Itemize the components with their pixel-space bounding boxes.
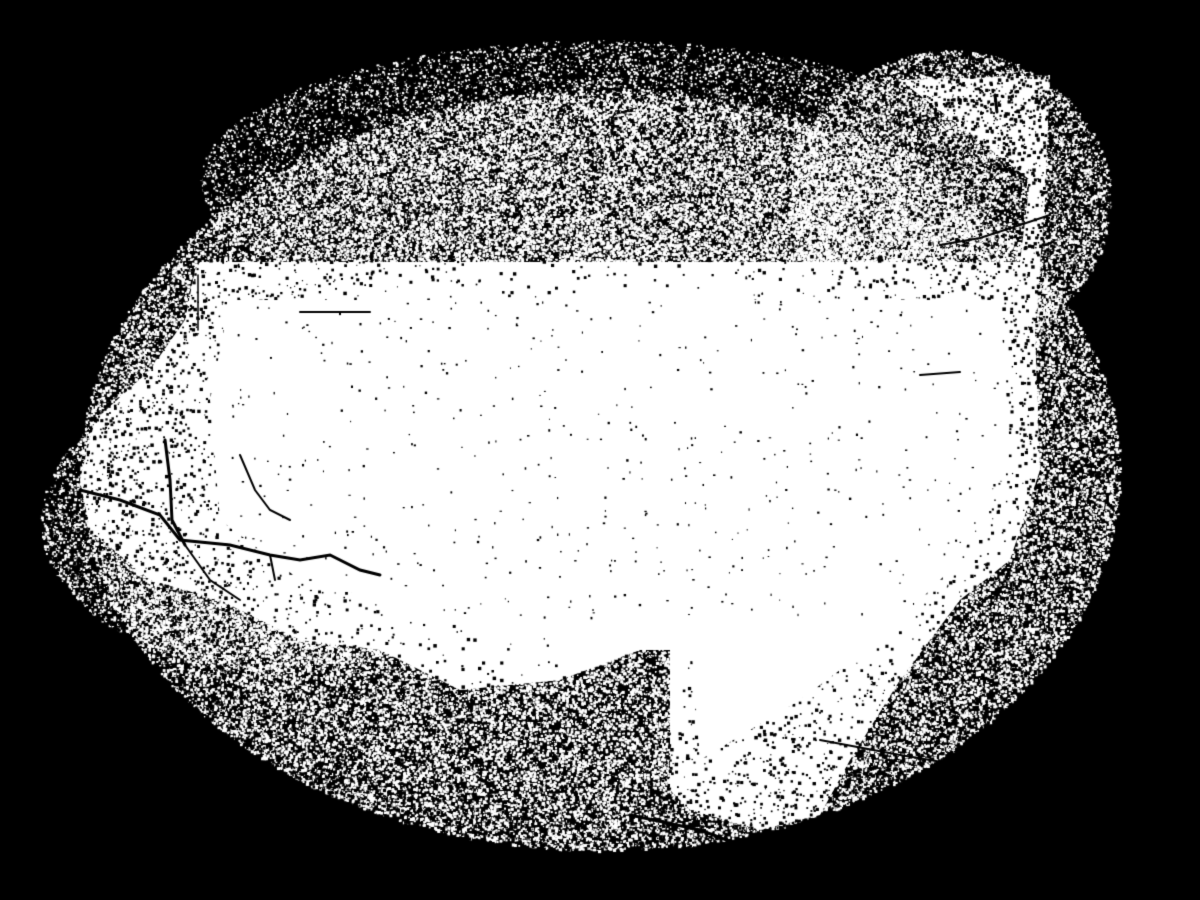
grunge-texture-canvas	[0, 0, 1200, 900]
grunge-frame: Black and white distressed grunge frame …	[0, 0, 1200, 900]
